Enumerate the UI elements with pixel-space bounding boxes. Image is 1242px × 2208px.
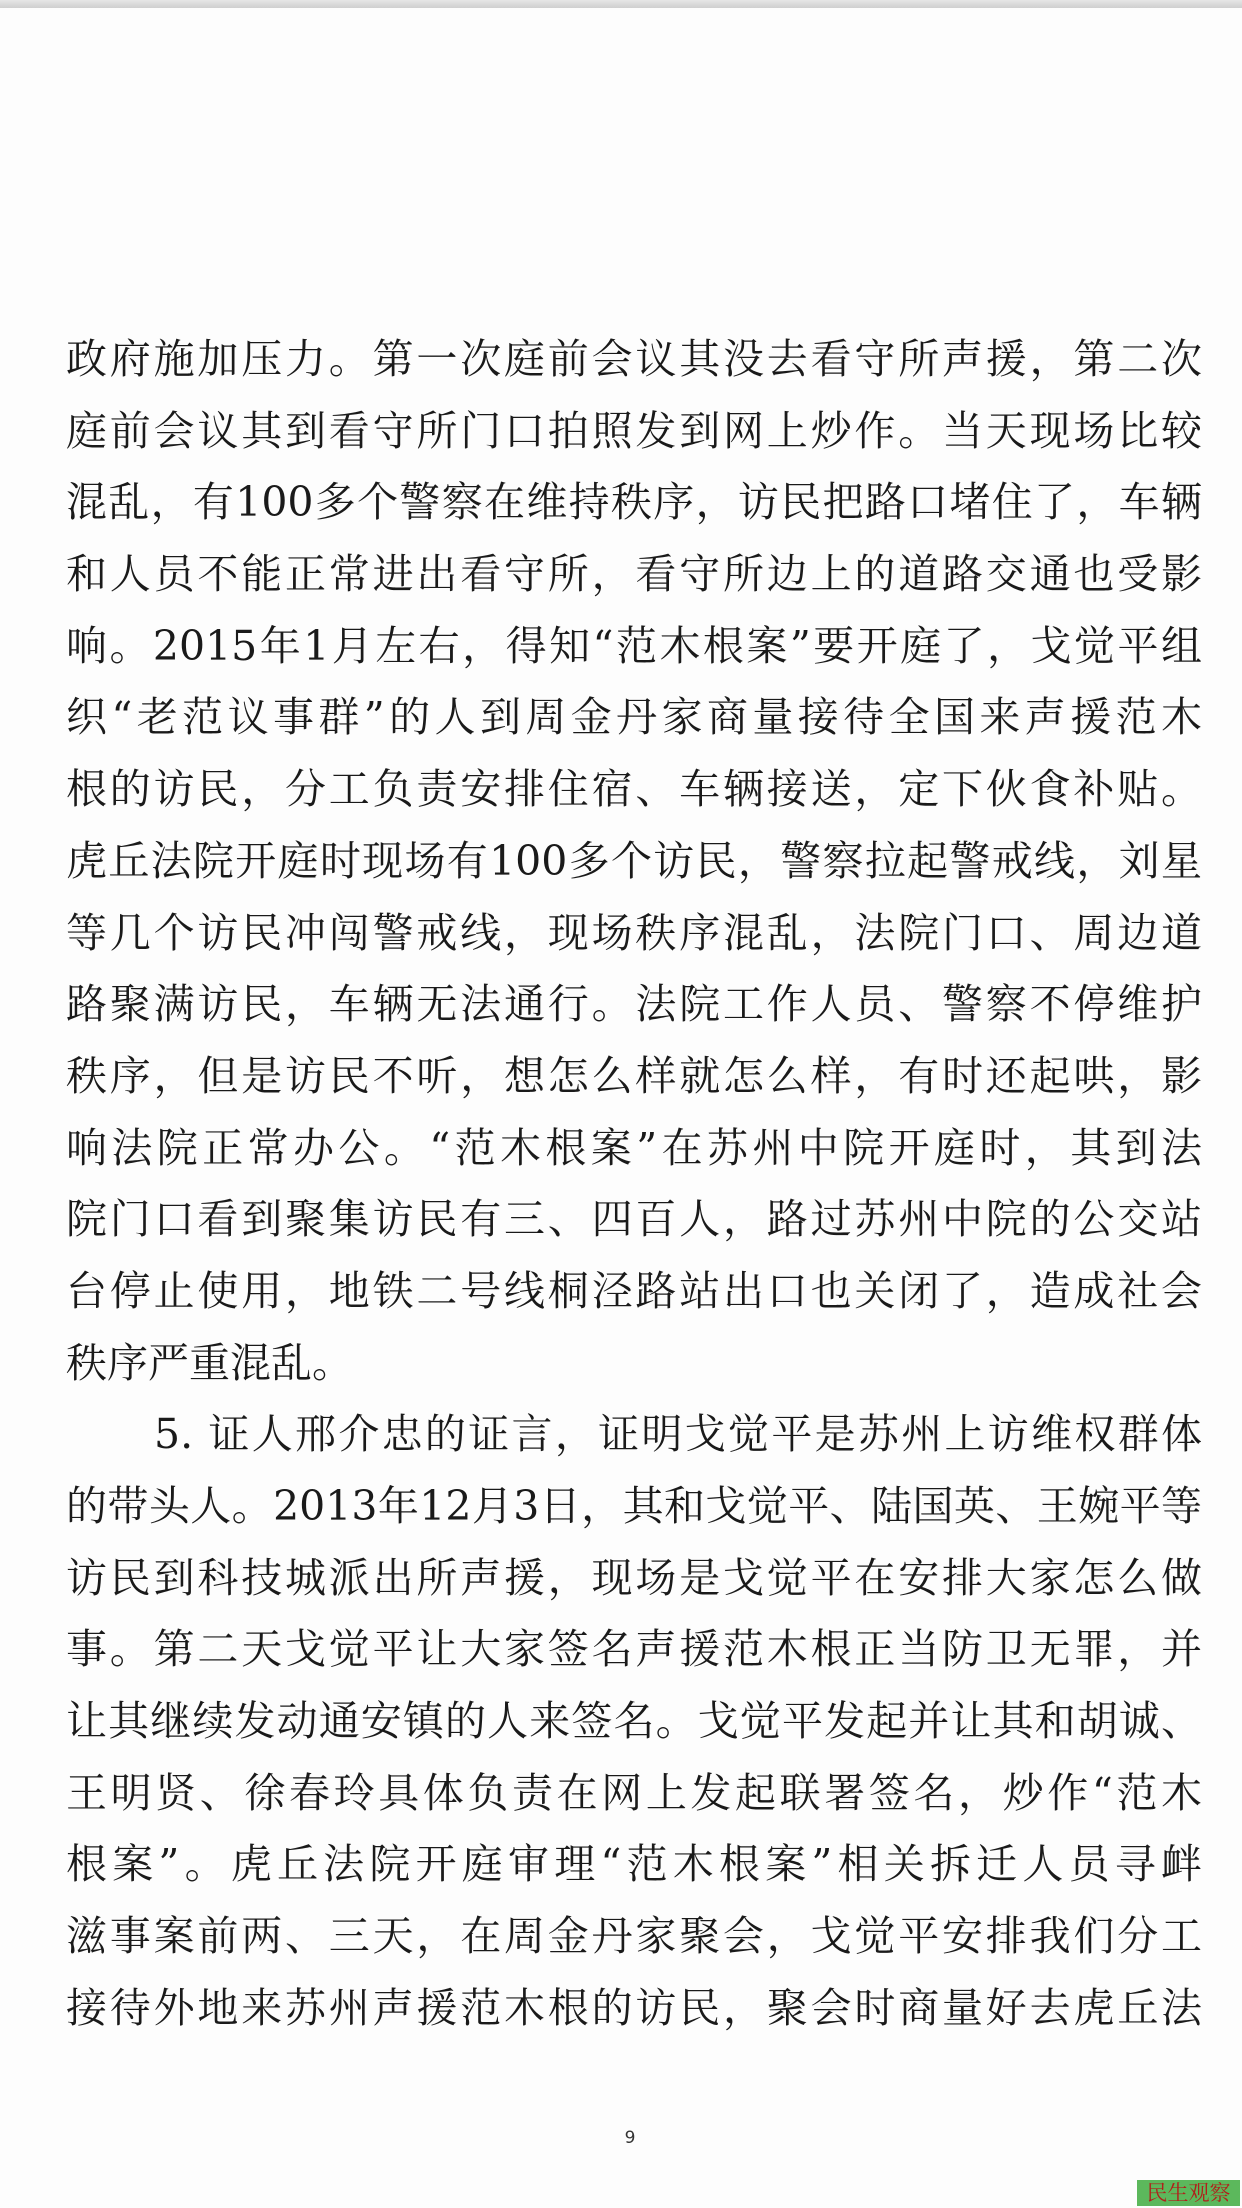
text-line: 混乱，有100多个警察在维持秩序，访民把路口堵住了，车辆 [66,467,1202,539]
text-line: 和人员不能正常进出看守所，看守所边上的道路交通也受影 [66,539,1202,611]
text-line: 事。第二天戈觉平让大家签名声援范木根正当防卫无罪，并 [66,1614,1202,1686]
top-edge-bar [0,0,1242,8]
text-line: 访民到科技城派出所声援，现场是戈觉平在安排大家怎么做 [66,1543,1202,1615]
text-line: 政府施加压力。第一次庭前会议其没去看守所声援，第二次 [66,324,1202,396]
text-line: 台停止使用，地铁二号线桐泾路站出口也关闭了，造成社会 [66,1256,1202,1328]
text-line: 响。2015年1月左右，得知“范木根案”要开庭了，戈觉平组 [66,611,1202,683]
text-line: 让其继续发动通安镇的人来签名。戈觉平发起并让其和胡诚、 [66,1686,1202,1758]
text-line: 响法院正常办公。“范木根案”在苏州中院开庭时，其到法 [66,1113,1202,1185]
text-line: 接待外地来苏州声援范木根的访民，聚会时商量好去虎丘法 [66,1973,1202,2045]
text-line: 根案”。虎丘法院开庭审理“范木根案”相关拆迁人员寻衅 [66,1829,1202,1901]
text-line-paragraph-start: 5. 证人邢介忠的证言，证明戈觉平是苏州上访维权群体 [66,1399,1202,1471]
text-line: 王明贤、徐春玲具体负责在网上发起联署签名，炒作“范木 [66,1758,1202,1830]
text-line: 等几个访民冲闯警戒线，现场秩序混乱，法院门口、周边道 [66,898,1202,970]
text-line-paragraph-end: 秩序严重混乱。 [66,1328,1202,1400]
text-line: 根的访民，分工负责安排住宿、车辆接送，定下伙食补贴。 [66,754,1202,826]
page-number: 9 [620,2128,640,2148]
text-line: 的带头人。2013年12月3日，其和戈觉平、陆国英、王婉平等 [66,1471,1202,1543]
text-line: 庭前会议其到看守所门口拍照发到网上炒作。当天现场比较 [66,396,1202,468]
text-line: 织“老范议事群”的人到周金丹家商量接待全国来声援范木 [66,682,1202,754]
text-line: 滋事案前两、三天，在周金丹家聚会，戈觉平安排我们分工 [66,1901,1202,1973]
text-line: 院门口看到聚集访民有三、四百人，路过苏州中院的公交站 [66,1184,1202,1256]
text-line: 虎丘法院开庭时现场有100多个访民，警察拉起警戒线，刘星 [66,826,1202,898]
text-line: 路聚满访民，车辆无法通行。法院工作人员、警察不停维护 [66,969,1202,1041]
text-line: 秩序，但是访民不听，想怎么样就怎么样，有时还起哄，影 [66,1041,1202,1113]
document-body: 政府施加压力。第一次庭前会议其没去看守所声援，第二次 庭前会议其到看守所门口拍照… [66,324,1202,2045]
watermark-badge: 民生观察 [1137,2180,1240,2206]
